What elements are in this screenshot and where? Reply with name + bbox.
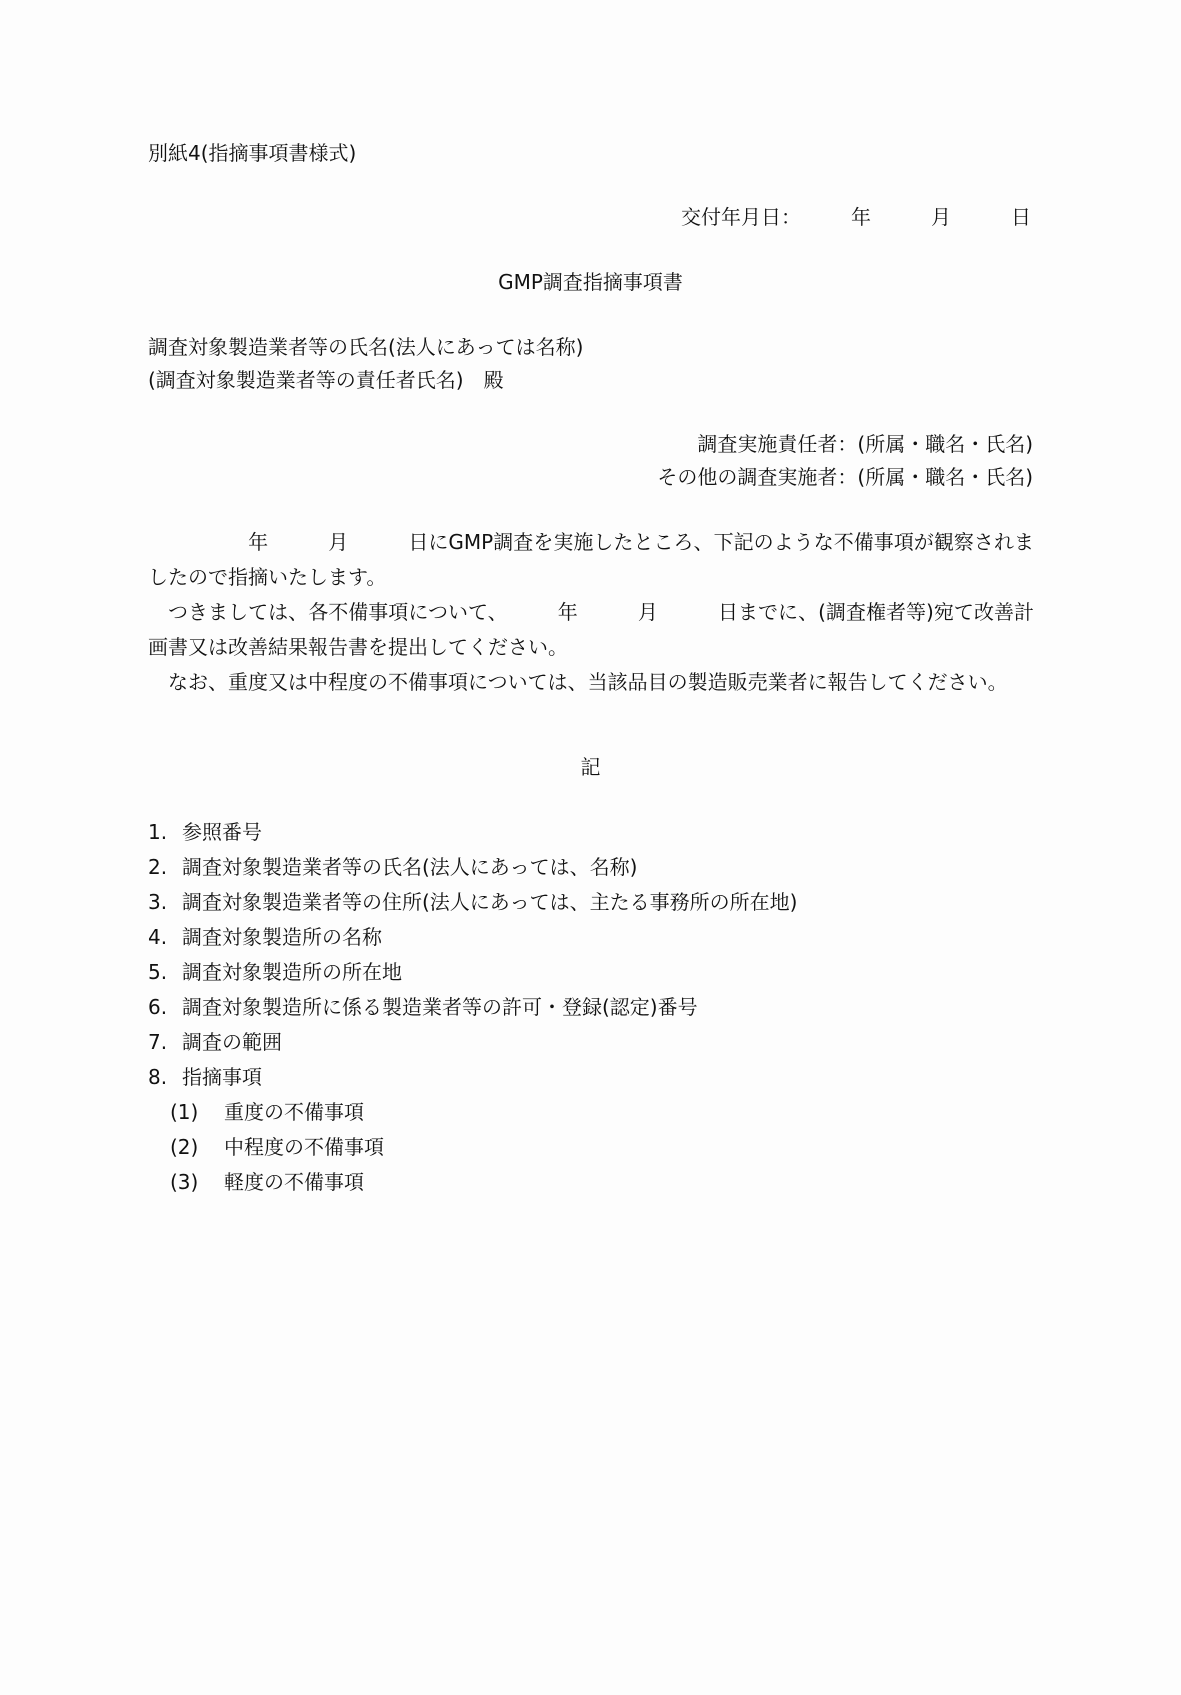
list-item: 4.調査対象製造所の名称 xyxy=(148,920,797,955)
document-title: GMP調査指摘事項書 xyxy=(0,265,1181,300)
paragraph-improvement-request: つきましては、各不備事項について、 年 月 日までに、(調査権者等)宛て改善計画… xyxy=(148,595,1034,665)
paragraph-report-instruction: なお、重度又は中程度の不備事項については、当該品目の製造販売業者に報告してくださ… xyxy=(148,665,1034,700)
list-item: 8.指摘事項 xyxy=(148,1060,797,1095)
document-page: 別紙4(指摘事項書様式) 交付年月日： 年 月 日 GMP調査指摘事項書 調査対… xyxy=(0,0,1181,1695)
sub-list-item: (3)軽度の不備事項 xyxy=(148,1165,797,1200)
sub-list-item: (2)中程度の不備事項 xyxy=(148,1130,797,1165)
list-item: 7.調査の範囲 xyxy=(148,1025,797,1060)
list-item: 5.調査対象製造所の所在地 xyxy=(148,955,797,990)
attachment-label: 別紙4(指摘事項書様式) xyxy=(148,136,356,171)
sender-others: その他の調査実施者：(所属・職名・氏名) xyxy=(657,460,1033,495)
addressee-name: 調査対象製造業者等の氏名(法人にあっては名称) xyxy=(148,330,583,365)
list-item: 3.調査対象製造業者等の住所(法人にあっては、主たる事務所の所在地) xyxy=(148,885,797,920)
list-item: 2.調査対象製造業者等の氏名(法人にあっては、名称) xyxy=(148,850,797,885)
sub-list-item: (1)重度の不備事項 xyxy=(148,1095,797,1130)
list-item: 6.調査対象製造所に係る製造業者等の許可・登録(認定)番号 xyxy=(148,990,797,1025)
items-list: 1.参照番号 2.調査対象製造業者等の氏名(法人にあっては、名称) 3.調査対象… xyxy=(148,815,797,1200)
list-item: 1.参照番号 xyxy=(148,815,797,850)
sender-responsible: 調査実施責任者：(所属・職名・氏名) xyxy=(697,427,1033,462)
ki-heading: 記 xyxy=(0,750,1181,785)
issue-date: 交付年月日： 年 月 日 xyxy=(681,200,1031,235)
paragraph-inspection-notice: 年 月 日にGMP調査を実施したところ、下記のような不備事項が観察されましたので… xyxy=(148,525,1034,595)
addressee-representative: (調査対象製造業者等の責任者氏名) 殿 xyxy=(148,363,504,398)
body-text: 年 月 日にGMP調査を実施したところ、下記のような不備事項が観察されましたので… xyxy=(148,525,1034,700)
